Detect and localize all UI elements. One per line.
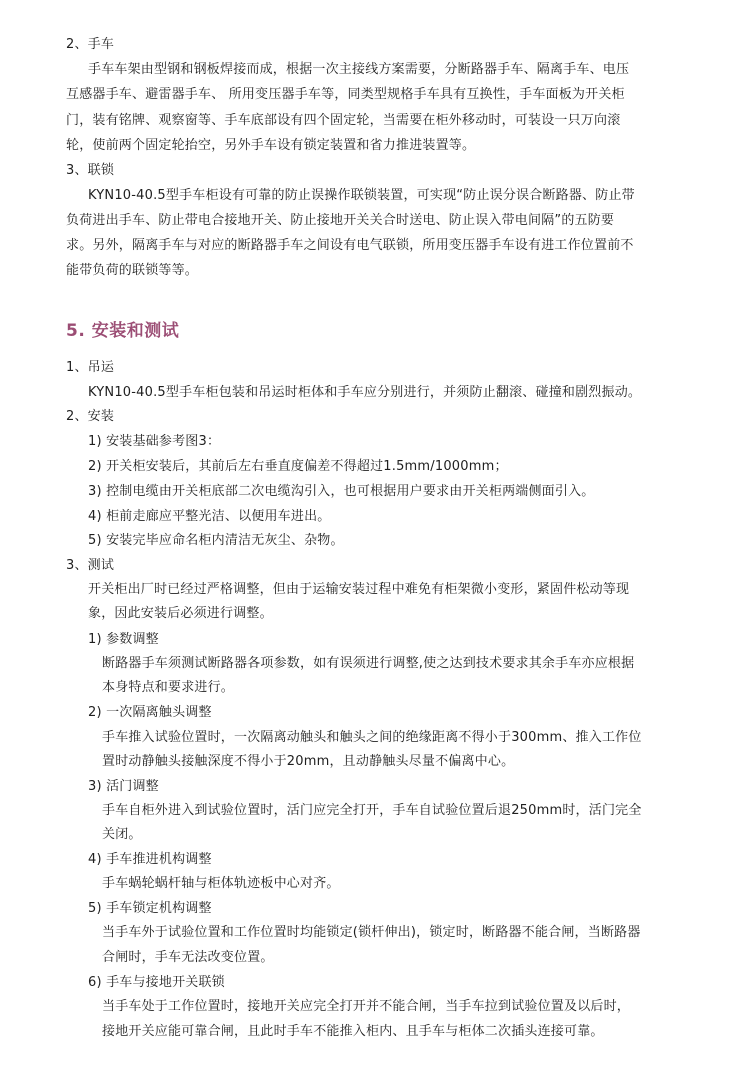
paragraph-line: 置时动静触头接触深度不得小于20mm，且动静触头尽量不偏离中心。	[102, 753, 514, 771]
test-item-title: 4) 手车推进机构调整	[88, 851, 212, 869]
section-heading: 5. 安装和测试	[66, 320, 179, 342]
paragraph-line: 当手车处于工作位置时，接地开关应完全打开并不能合闸，当手车拉到试验位置及以后时，	[102, 998, 630, 1016]
paragraph-line: 手车推入试验位置时，一次隔离动触头和触头之间的绝缘距离不得小于300mm、推入工…	[102, 729, 642, 747]
paragraph-line: 合闸时，手车无法改变位置。	[102, 949, 274, 967]
paragraph-line: 关闭。	[102, 826, 142, 844]
subsection-title-installation: 2、安装	[66, 408, 114, 426]
paragraph-line: 开关柜出厂时已经过严格调整，但由于运输安装过程中难免有柜架微小变形，紧固件松动等…	[88, 581, 629, 599]
subsection-title-interlock: 3、联锁	[66, 162, 114, 180]
paragraph-line: 手车蜗轮蜗杆轴与柜体轨迹板中心对齐。	[102, 875, 340, 893]
list-item: 2) 开关柜安装后，其前后左右垂直度偏差不得超过1.5mm/1000mm；	[88, 458, 508, 476]
paragraph-line: 断路器手车须测试断路器各项参数，如有误须进行调整,使之达到技术要求其余手车亦应根…	[102, 655, 634, 673]
paragraph-line: 负荷进出手车、防止带电合接地开关、防止接地开关关合时送电、防止误入带电间隔”的五…	[66, 212, 614, 230]
list-item: 5) 安装完毕应命名柜内清洁无灰尘、杂物。	[88, 532, 344, 550]
paragraph-line: KYN10-40.5型手车柜包装和吊运时柜体和手车应分别进行，并须防止翻滚、碰撞…	[88, 384, 641, 402]
list-item: 3) 控制电缆由开关柜底部二次电缆沟引入，也可根据用户要求由开关柜两端侧面引入。	[88, 483, 594, 501]
paragraph-line: 门，装有铭牌、观察窗等、手车底部设有四个固定轮，当需要在柜外移动时，可装设一只万…	[66, 112, 620, 130]
paragraph-line: 手车自柜外进入到试验位置时，活门应完全打开，手车自试验位置后退250mm时，活门…	[102, 802, 642, 820]
paragraph-line: 象，因此安装后必须进行调整。	[88, 605, 273, 623]
paragraph-line: 手车车架由型钢和钢板焊接而成，根据一次主接线方案需要，分断路器手车、隔离手车、电…	[88, 61, 629, 79]
paragraph-line: 轮，使前两个固定轮抬空，另外手车设有锁定装置和省力推进装置等。	[66, 137, 475, 155]
paragraph-line: 接地开关应能可靠合闸，且此时手车不能推入柜内、且手车与柜体二次插头连接可靠。	[102, 1023, 604, 1041]
paragraph-line: 当手车外于试验位置和工作位置时均能锁定(锁杆伸出)，锁定时，断路器不能合闸，当断…	[102, 924, 641, 942]
document-page: 2、手车 手车车架由型钢和钢板焊接而成，根据一次主接线方案需要，分断路器手车、隔…	[0, 0, 750, 1067]
subsection-title-hoisting: 1、吊运	[66, 359, 114, 377]
list-item: 1) 安装基础参考图3：	[88, 433, 220, 451]
paragraph-line: 互感器手车、避雷器手车、 所用变压器手车等，同类型规格手车具有互换性，手车面板为…	[66, 86, 625, 104]
paragraph-line: KYN10-40.5型手车柜设有可靠的防止误操作联锁装置，可实现“防止误分误合断…	[88, 187, 635, 205]
test-item-title: 1) 参数调整	[88, 631, 159, 649]
test-item-title: 6) 手车与接地开关联锁	[88, 974, 225, 992]
subsection-title-handcart: 2、手车	[66, 36, 114, 54]
test-item-title: 5) 手车锁定机构调整	[88, 900, 212, 918]
paragraph-line: 能带负荷的联锁等等。	[66, 262, 198, 280]
subsection-title-testing: 3、测试	[66, 557, 114, 575]
test-item-title: 3) 活门调整	[88, 778, 159, 796]
list-item: 4) 柜前走廊应平整光洁、以便用车进出。	[88, 508, 330, 526]
paragraph-line: 求。另外，隔离手车与对应的断路器手车之间设有电气联锁，所用变压器手车设有进工作位…	[66, 237, 634, 255]
test-item-title: 2) 一次隔离触头调整	[88, 704, 212, 722]
paragraph-line: 本身特点和要求进行。	[102, 679, 234, 697]
